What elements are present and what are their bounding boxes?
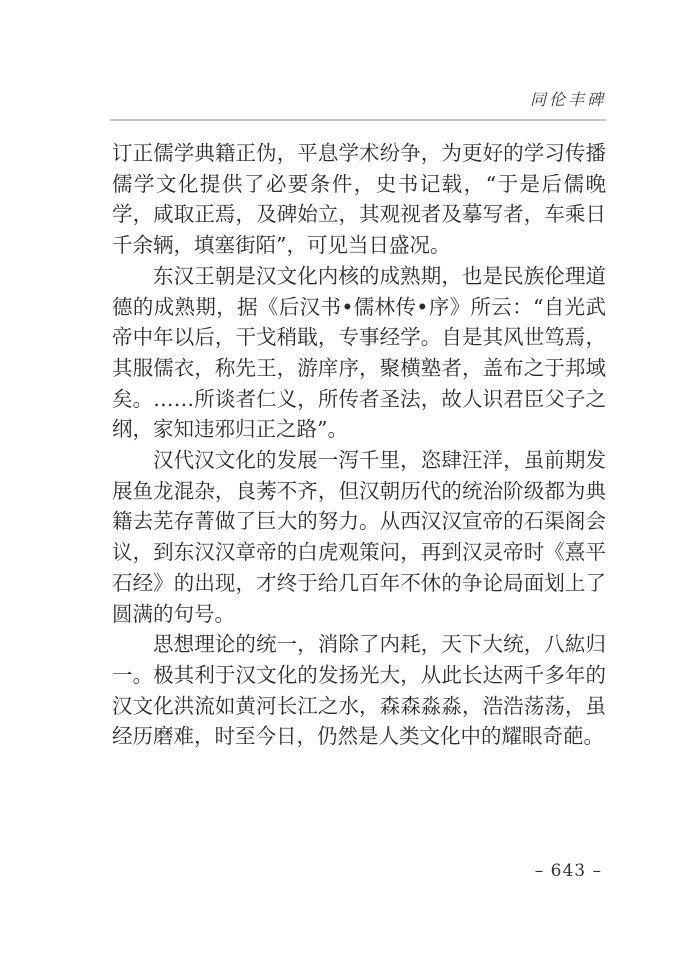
running-header: 同伦丰碑 (110, 92, 606, 108)
paragraph: 订正儒学典籍正伪，平息学术纷争，为更好的学习传播儒学文化提供了必要条件，史书记载… (112, 138, 606, 261)
header-rule (110, 119, 606, 121)
body-text: 订正儒学典籍正伪，平息学术纷争，为更好的学习传播儒学文化提供了必要条件，史书记载… (112, 138, 606, 752)
paragraph: 东汉王朝是汉文化内核的成熟期，也是民族伦理道德的成熟期，据《后汉书•儒林传•序》… (112, 261, 606, 445)
paragraph: 思想理论的统一，消除了内耗，天下大统，八紘归一。极其利于汉文化的发扬光大，从此长… (112, 629, 606, 752)
book-page: 同伦丰碑 订正儒学典籍正伪，平息学术纷争，为更好的学习传播儒学文化提供了必要条件… (0, 0, 692, 968)
page-number: – 643 – (110, 861, 602, 881)
paragraph: 汉代汉文化的发展一泻千里，恣肆汪洋，虽前期发展鱼龙混杂，良莠不齐，但汉朝历代的统… (112, 445, 606, 629)
